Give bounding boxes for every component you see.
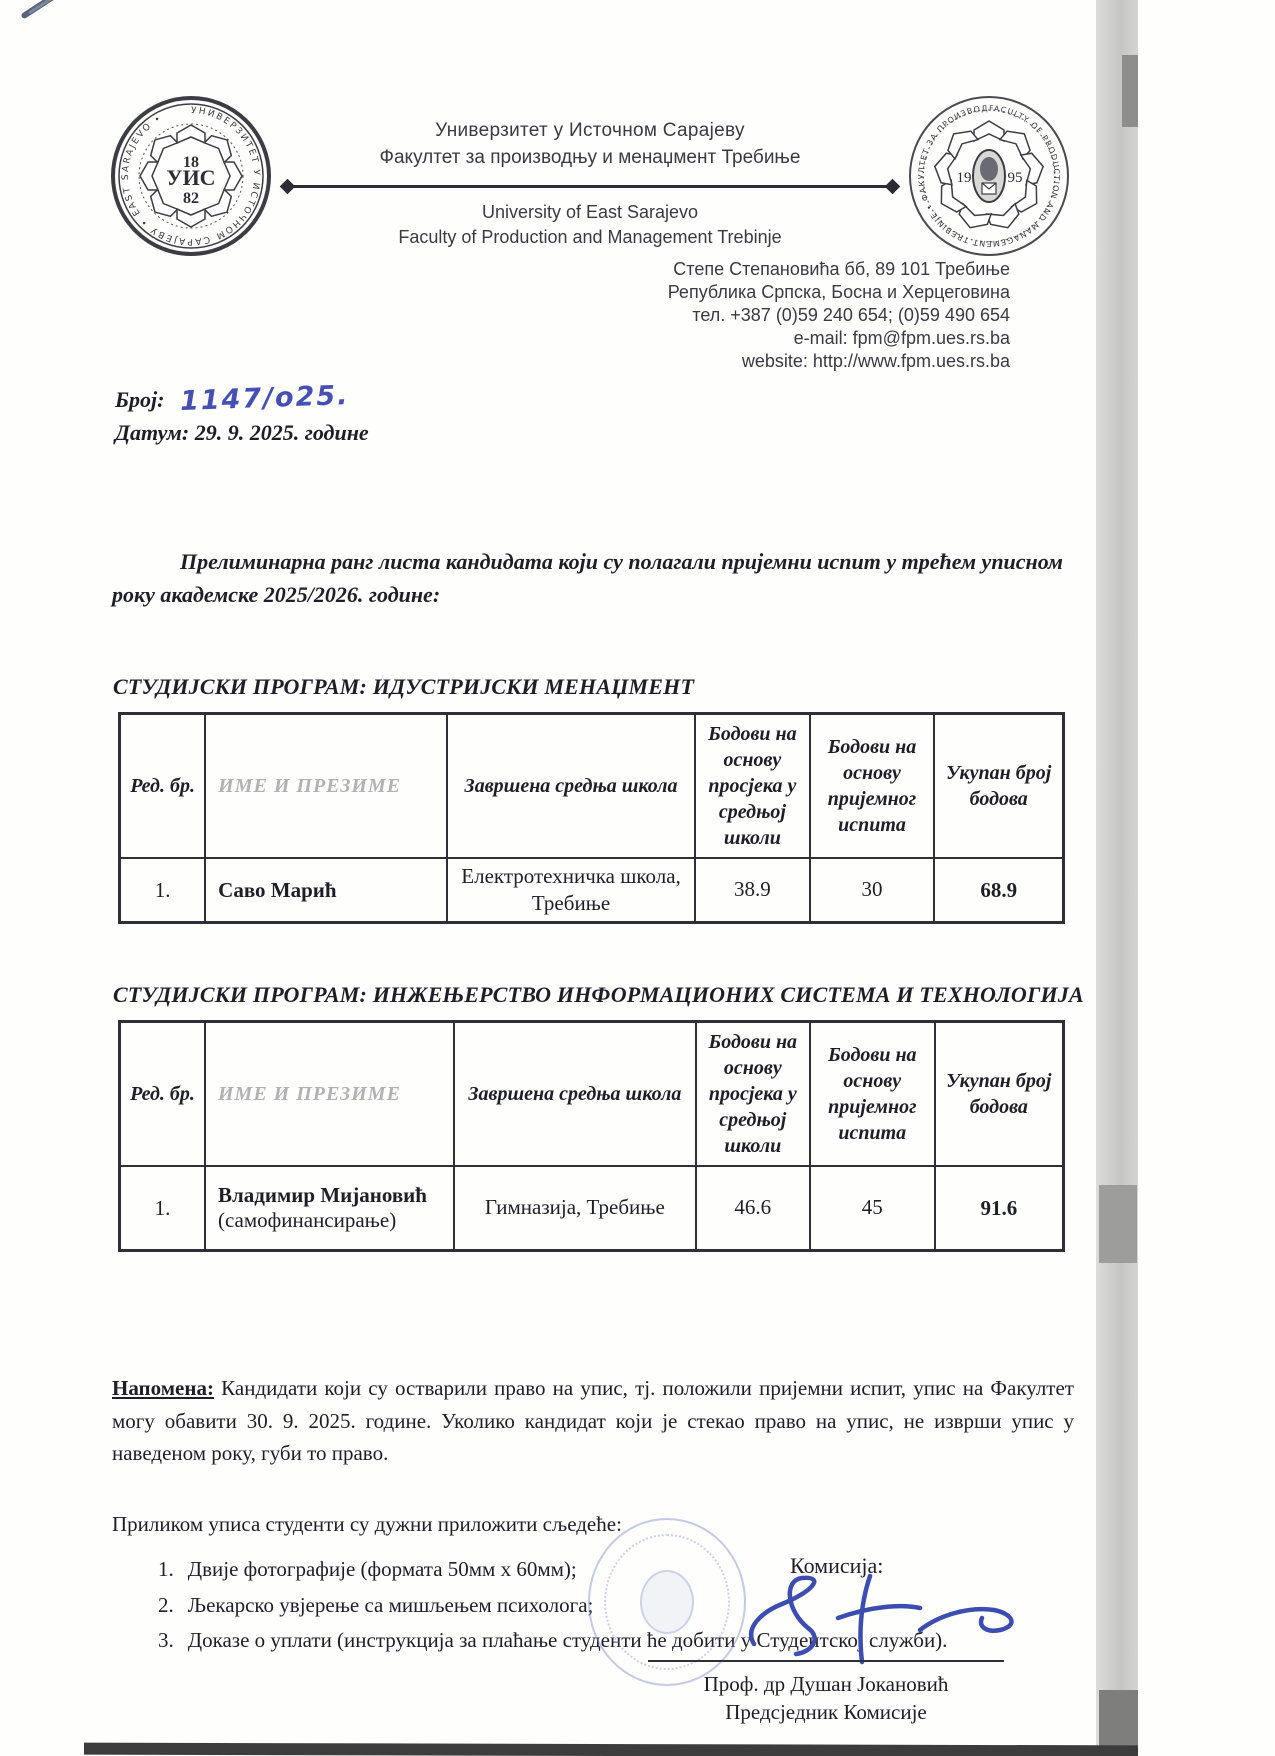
col-header-exam-points: Бодови на основу пријемног испита (810, 1022, 935, 1167)
document-meta: Број: 1147/о25. Датум: 29. 9. 2025. годи… (115, 383, 369, 452)
col-header-avg-points: Бодови на основу просјека у средњој школ… (695, 714, 809, 859)
ranking-table-industrial-management: Ред. бр. ИМЕ И ПРЕЗИМЕ Завршена средња ш… (118, 712, 1065, 924)
table-header-row: Ред. бр. ИМЕ И ПРЕЗИМЕ Завршена средња ш… (120, 1022, 1064, 1167)
note-label: Напомена: (112, 1376, 214, 1400)
list-item-number: 2. (158, 1589, 174, 1622)
col-header-school: Завршена средња школа (454, 1022, 696, 1167)
col-header-avg-points: Бодови на основу просјека у средњој школ… (696, 1022, 810, 1167)
signature-line (648, 1660, 1004, 1662)
letterhead-divider (282, 181, 898, 192)
website-line: website: http://www.fpm.ues.rs.ba (668, 350, 1010, 373)
signer-title: Предсједник Комисије (620, 1700, 1032, 1725)
university-name-sr: Универзитет у Источном Сарајеву (272, 120, 908, 142)
phone-line: тел. +387 (0)59 240 654; (0)59 490 654 (668, 304, 1010, 327)
table-row: 1. Саво Марић Електротехничка школа, Тре… (120, 858, 1064, 923)
ranking-table-information-systems: Ред. бр. ИМЕ И ПРЕЗИМЕ Завршена средња ш… (118, 1020, 1065, 1252)
list-item-text: Љекарско увјерење са мишљењем психолога; (188, 1589, 594, 1622)
cell-candidate-name: Владимир Мијановић (самофинансирање) (205, 1166, 454, 1251)
note-paragraph: Напомена: Кандидати који су остварили пр… (112, 1372, 1074, 1470)
col-header-school: Завршена средња школа (447, 714, 695, 859)
letterhead: УНИВЕРЗИТЕТ У ИСТОЧНОМ САРАЈЕВУ • EAST S… (110, 95, 1070, 257)
col-header-name: ИМЕ И ПРЕЗИМЕ (205, 714, 447, 859)
svg-text:95: 95 (1008, 170, 1023, 186)
cell-exam-points: 45 (810, 1166, 935, 1251)
scan-edge-shadow (1096, 0, 1138, 1756)
contact-block: Степе Степановића бб, 89 101 Требиње Реп… (668, 258, 1010, 373)
letterhead-text: Универзитет у Источном Сарајеву Факултет… (272, 95, 908, 248)
intro-paragraph: Прелиминарна ранг листа кандидата који с… (112, 545, 1067, 611)
col-header-exam-points: Бодови на основу пријемног испита (810, 714, 935, 859)
faculty-seal-icon: FACULTY OF PRODUCTION AND MANAGEMENT TRE… (908, 95, 1070, 257)
table-row: 1. Владимир Мијановић (самофинансирање) … (120, 1166, 1064, 1251)
scan-edge-artifact (1099, 1185, 1137, 1263)
email-line: e-mail: fpm@fpm.ues.rs.ba (668, 327, 1010, 350)
cell-exam-points: 30 (810, 858, 935, 923)
date-label: Датум: (115, 420, 189, 445)
list-item-number: 1. (158, 1553, 174, 1586)
list-item-number: 3. (158, 1624, 174, 1657)
col-header-total-points: Укупан број бодова (934, 714, 1063, 859)
faculty-name-sr: Факултет за производњу и менаџмент Треби… (272, 147, 908, 169)
cell-ordinal: 1. (120, 858, 206, 923)
note-text: Кандидати који су остварили право на упи… (112, 1376, 1074, 1465)
address-line: Степе Степановића бб, 89 101 Требиње (668, 258, 1010, 281)
section-heading-information-systems: СТУДИЈСКИ ПРОГРАМ: ИНЖЕЊЕРСТВО ИНФОРМАЦИ… (113, 982, 1084, 1008)
svg-text:19: 19 (957, 170, 972, 186)
scan-bottom-edge (84, 1743, 1138, 1756)
faculty-name-en: Faculty of Production and Management Tre… (272, 227, 908, 248)
cell-total-points: 68.9 (934, 858, 1063, 923)
pen-stroke-mark (20, 0, 85, 20)
cell-school: Електротехничка школа, Требиње (447, 858, 695, 923)
cell-school: Гимназија, Требиње (454, 1166, 696, 1251)
svg-text:УИС: УИС (166, 165, 215, 190)
university-name-en: University of East Sarajevo (272, 202, 908, 223)
scan-edge-artifact (1122, 55, 1138, 127)
list-item-text: Двије фотографије (формата 50мм x 60мм); (188, 1553, 577, 1586)
col-header-ordinal: Ред. бр. (120, 714, 206, 859)
col-header-name: ИМЕ И ПРЕЗИМЕ (205, 1022, 454, 1167)
cell-ordinal: 1. (120, 1166, 205, 1251)
section-heading-industrial-management: СТУДИЈСКИ ПРОГРАМ: ИДУСТРИЈСКИ МЕНАЏМЕНТ (113, 674, 694, 700)
cell-total-points: 91.6 (935, 1166, 1064, 1251)
university-seal-icon: УНИВЕРЗИТЕТ У ИСТОЧНОМ САРАЈЕВУ • EAST S… (110, 95, 272, 257)
cell-avg-points: 38.9 (695, 858, 809, 923)
table-header-row: Ред. бр. ИМЕ И ПРЕЗИМЕ Завршена средња ш… (120, 714, 1064, 859)
col-header-total-points: Укупан број бодова (935, 1022, 1064, 1167)
address-line: Република Српска, Босна и Херцеговина (668, 281, 1010, 304)
signature-icon (742, 1566, 1032, 1666)
number-label: Број: (115, 387, 164, 412)
date-value: 29. 9. 2025. године (195, 420, 369, 445)
svg-text:82: 82 (183, 190, 199, 207)
col-header-ordinal: Ред. бр. (120, 1022, 205, 1167)
enrollment-intro: Приликом уписа студенти су дужни приложи… (112, 1512, 622, 1537)
scanned-document-page: УНИВЕРЗИТЕТ У ИСТОЧНОМ САРАЈЕВУ • EAST S… (0, 0, 1275, 1756)
cell-candidate-name: Саво Марић (205, 858, 447, 923)
handwritten-number: 1147/о25. (179, 380, 349, 417)
signer-name: Проф. др Душан Јокановић (620, 1672, 1032, 1697)
cell-avg-points: 46.6 (696, 1166, 810, 1251)
